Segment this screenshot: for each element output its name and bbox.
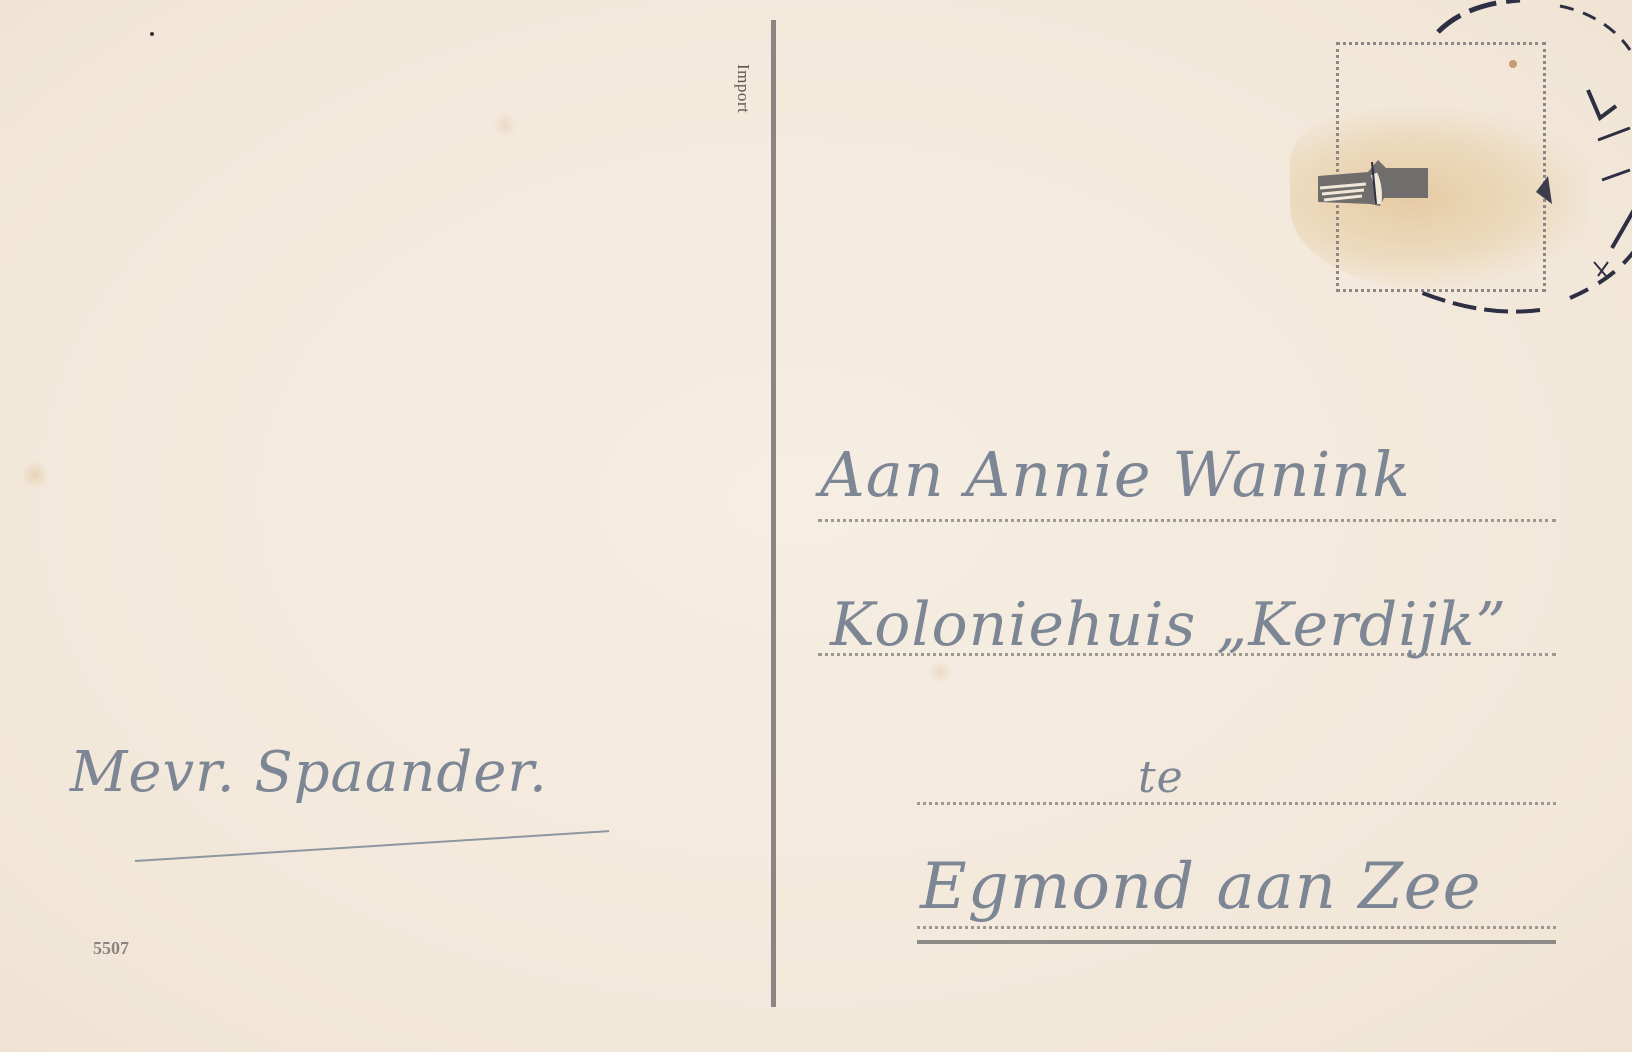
stamp-fragment-icon (1318, 158, 1428, 206)
center-divider-rule (771, 20, 776, 1007)
series-number: 5507 (93, 938, 129, 959)
address-line-4-guide (917, 926, 1556, 929)
address-line-3-guide (917, 802, 1556, 805)
address-institution: Koloniehuis „Kerdijk” (830, 590, 1507, 660)
address-city: Egmond aan Zee (920, 850, 1482, 924)
ink-speck (150, 32, 154, 36)
postmark-icon (1420, 0, 1632, 340)
address-final-rule (917, 940, 1556, 944)
sender-underline (135, 830, 609, 862)
address-recipient: Aan Annie Wanink (820, 438, 1411, 511)
address-preposition: te (1138, 752, 1184, 803)
sender-signature: Mevr. Spaander. (70, 740, 548, 805)
postcard-back: Import 5507 Aan Annie Wanink Koloniehuis… (0, 0, 1632, 1052)
import-label: Import (733, 64, 753, 113)
address-line-1-guide (818, 519, 1556, 522)
